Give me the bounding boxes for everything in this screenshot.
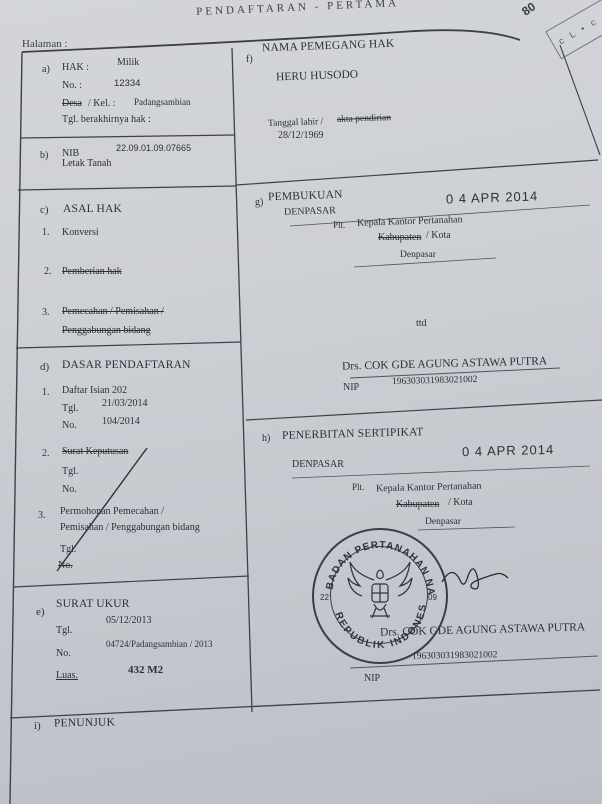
section-e-label: e): [36, 606, 45, 618]
asal-hak-penggabungan: Penggabungan bidang: [62, 325, 151, 336]
nip-label: NIP: [343, 382, 359, 393]
seal-right-number: 09: [428, 593, 437, 602]
hak-number: 12334: [114, 78, 140, 89]
garuda-emblem-icon: BADAN PERTANAHAN NASIONAL REPUBLIK INDON…: [314, 530, 446, 662]
akta-pendirian-struck: akta pendirian: [337, 113, 391, 125]
dasar-pendaftaran-title: DASAR PENDAFTARAN: [62, 359, 191, 371]
asal-hak-pemecahan: Pemecahan / Pemisahan /: [62, 306, 164, 317]
cross-out-stroke: [55, 446, 155, 586]
section-i-label: i): [34, 720, 41, 732]
land-certificate-page: PENDAFTARAN - PERTAMA 80 c L • c Halaman…: [0, 0, 602, 804]
daftar-isian-number: 104/2014: [102, 416, 140, 427]
kabupaten-struck: Kabupaten: [378, 232, 421, 243]
kabupaten-struck: Kabupaten: [396, 499, 439, 510]
section-a-label: a): [42, 64, 50, 75]
seal-left-number: 22: [320, 593, 329, 602]
kota-label: / Kota: [426, 230, 451, 241]
tgl-berakhir-label: Tgl. berakhirnya hak :: [62, 114, 151, 125]
hak-value: Milik: [117, 57, 139, 68]
plt-label: Plt.: [352, 482, 364, 492]
tgl-label: Tgl.: [62, 403, 78, 414]
no-label: No.: [62, 420, 77, 431]
section-f-label: f): [246, 54, 253, 65]
luas-label: Luas.: [56, 670, 78, 681]
nib-value: 22.09.01.09.07665: [116, 143, 191, 153]
office-city: Denpasar: [425, 517, 461, 527]
item-number: 3.: [38, 510, 46, 521]
daftar-isian-date: 21/03/2014: [102, 398, 148, 409]
penerbitan-date-stamp: 0 4 APR 2014: [462, 442, 555, 459]
tgl-label: Tgl.: [56, 625, 72, 636]
section-h-label: h): [262, 433, 270, 444]
daftar-isian: Daftar Isian 202: [62, 385, 127, 396]
nip-label: NIP: [364, 673, 380, 684]
section-d-label: d): [40, 361, 49, 373]
ttd-mark: ttd: [416, 318, 427, 329]
asal-hak-konversi: Konversi: [62, 227, 99, 238]
hak-label: HAK :: [62, 62, 89, 73]
surat-ukur-date: 05/12/2013: [106, 615, 152, 626]
section-b-label: b): [40, 150, 48, 161]
desa-struck: Desa: [62, 98, 82, 109]
asal-hak-title: ASAL HAK: [63, 203, 122, 215]
penerbitan-place: DENPASAR: [292, 459, 344, 470]
letak-tanah-label: Letak Tanah: [62, 158, 111, 169]
section-g-label: g): [255, 197, 263, 208]
surat-ukur-number: 04724/Padangsambian / 2013: [106, 639, 213, 649]
halaman-label: Halaman :: [22, 38, 68, 50]
seal-top-text: BADAN PERTANAHAN NASIONAL: [314, 530, 436, 596]
surat-ukur-title: SURAT UKUR: [56, 598, 130, 610]
svg-text:BADAN PERTANAHAN NASIONAL: BADAN PERTANAHAN NASIONAL: [314, 530, 436, 596]
no-label: No. :: [62, 80, 82, 91]
no-label: No.: [56, 648, 71, 659]
birth-date: 28/12/1969: [278, 130, 324, 141]
item-number: 2.: [42, 448, 50, 459]
kota-label: / Kota: [448, 497, 473, 508]
tanggal-lahir-label: Tanggal lahir /: [268, 117, 324, 129]
penunjuk-title: PENUNJUK: [54, 716, 115, 729]
item-number: 3.: [42, 307, 50, 318]
item-number: 2.: [44, 266, 52, 277]
official-seal: BADAN PERTANAHAN NASIONAL REPUBLIK INDON…: [312, 528, 448, 664]
pembukuan-date-stamp: 0 4 APR 2014: [446, 188, 539, 206]
asal-hak-pemberian: Pemberian hak: [62, 266, 122, 277]
pembukuan-place: DENPASAR: [284, 205, 336, 218]
item-number: 1.: [42, 227, 50, 238]
luas-value: 432 M2: [128, 664, 163, 676]
signature-scribble: [440, 560, 520, 600]
office-city: Denpasar: [400, 250, 436, 260]
kel-value: Padangsambian: [134, 97, 191, 107]
item-number: 1.: [42, 387, 50, 398]
kel-label: / Kel. :: [88, 98, 116, 109]
plt-label: Plt.: [333, 220, 345, 230]
section-c-label: c): [40, 204, 49, 216]
